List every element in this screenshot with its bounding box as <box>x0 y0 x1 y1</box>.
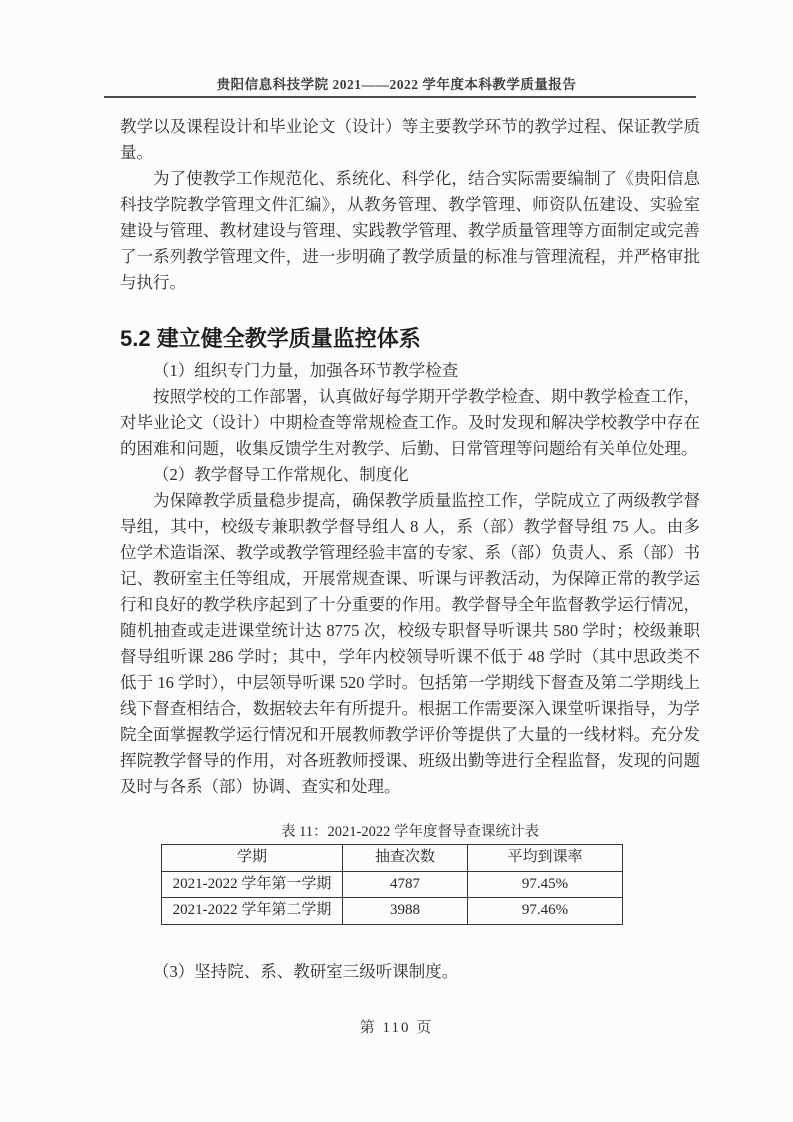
running-header-title: 贵阳信息科技学院 2021——2022 学年度本科教学质量报告 <box>0 73 793 93</box>
paragraph-management-files: 为了使教学工作规范化、系统化、科学化，结合实际需要编制了《贵阳信息科技学院教学管… <box>120 166 700 296</box>
table-cell-attendance: 97.45% <box>468 871 623 898</box>
table-row: 2021-2022 学年第一学期 4787 97.45% <box>162 871 623 898</box>
header-rule <box>104 96 696 98</box>
table-cell-attendance: 97.46% <box>468 898 623 925</box>
table-title: 表 11：2021-2022 学年度督导查课统计表 <box>120 822 700 842</box>
section-heading-5-2: 5.2 建立健全教学质量监控体系 <box>120 324 700 354</box>
body-text: 教学以及课程设计和毕业论文（设计）等主要教学环节的教学过程、保证教学质量。 为了… <box>120 114 700 985</box>
supervision-stats-table: 学期 抽查次数 平均到课率 2021-2022 学年第一学期 4787 97.4… <box>161 844 623 925</box>
table-header-row: 学期 抽查次数 平均到课率 <box>162 845 623 872</box>
page-footer: 第 110 页 <box>0 1016 793 1037</box>
page-number: 第 110 页 <box>360 1020 433 1036</box>
table-row: 2021-2022 学年第二学期 3988 97.46% <box>162 898 623 925</box>
table-cell-semester: 2021-2022 学年第二学期 <box>162 898 343 925</box>
list-item-3: （3）坚持院、系、教研室三级听课制度。 <box>120 959 700 985</box>
list-item-2: （2）教学督导工作常规化、制度化 <box>120 462 700 488</box>
table-cell-checks: 3988 <box>343 898 468 925</box>
paragraph-supervision: 为保障教学质量稳步提高，确保教学质量监控工作，学院成立了两级教学督导组，其中，校… <box>120 488 700 800</box>
table-cell-semester: 2021-2022 学年第一学期 <box>162 871 343 898</box>
table-header-cell-semester: 学期 <box>162 845 343 872</box>
table-header-cell-attendance: 平均到课率 <box>468 845 623 872</box>
document-page: 贵阳信息科技学院 2021——2022 学年度本科教学质量报告 教学以及课程设计… <box>0 0 793 1122</box>
table-header-cell-checks: 抽查次数 <box>343 845 468 872</box>
paragraph-continuation: 教学以及课程设计和毕业论文（设计）等主要教学环节的教学过程、保证教学质量。 <box>120 114 700 166</box>
table-cell-checks: 4787 <box>343 871 468 898</box>
list-item-1: （1）组织专门力量，加强各环节教学检查 <box>120 358 700 384</box>
paragraph-inspection: 按照学校的工作部署，认真做好每学期开学教学检查、期中教学检查工作，对毕业论文（设… <box>120 384 700 462</box>
